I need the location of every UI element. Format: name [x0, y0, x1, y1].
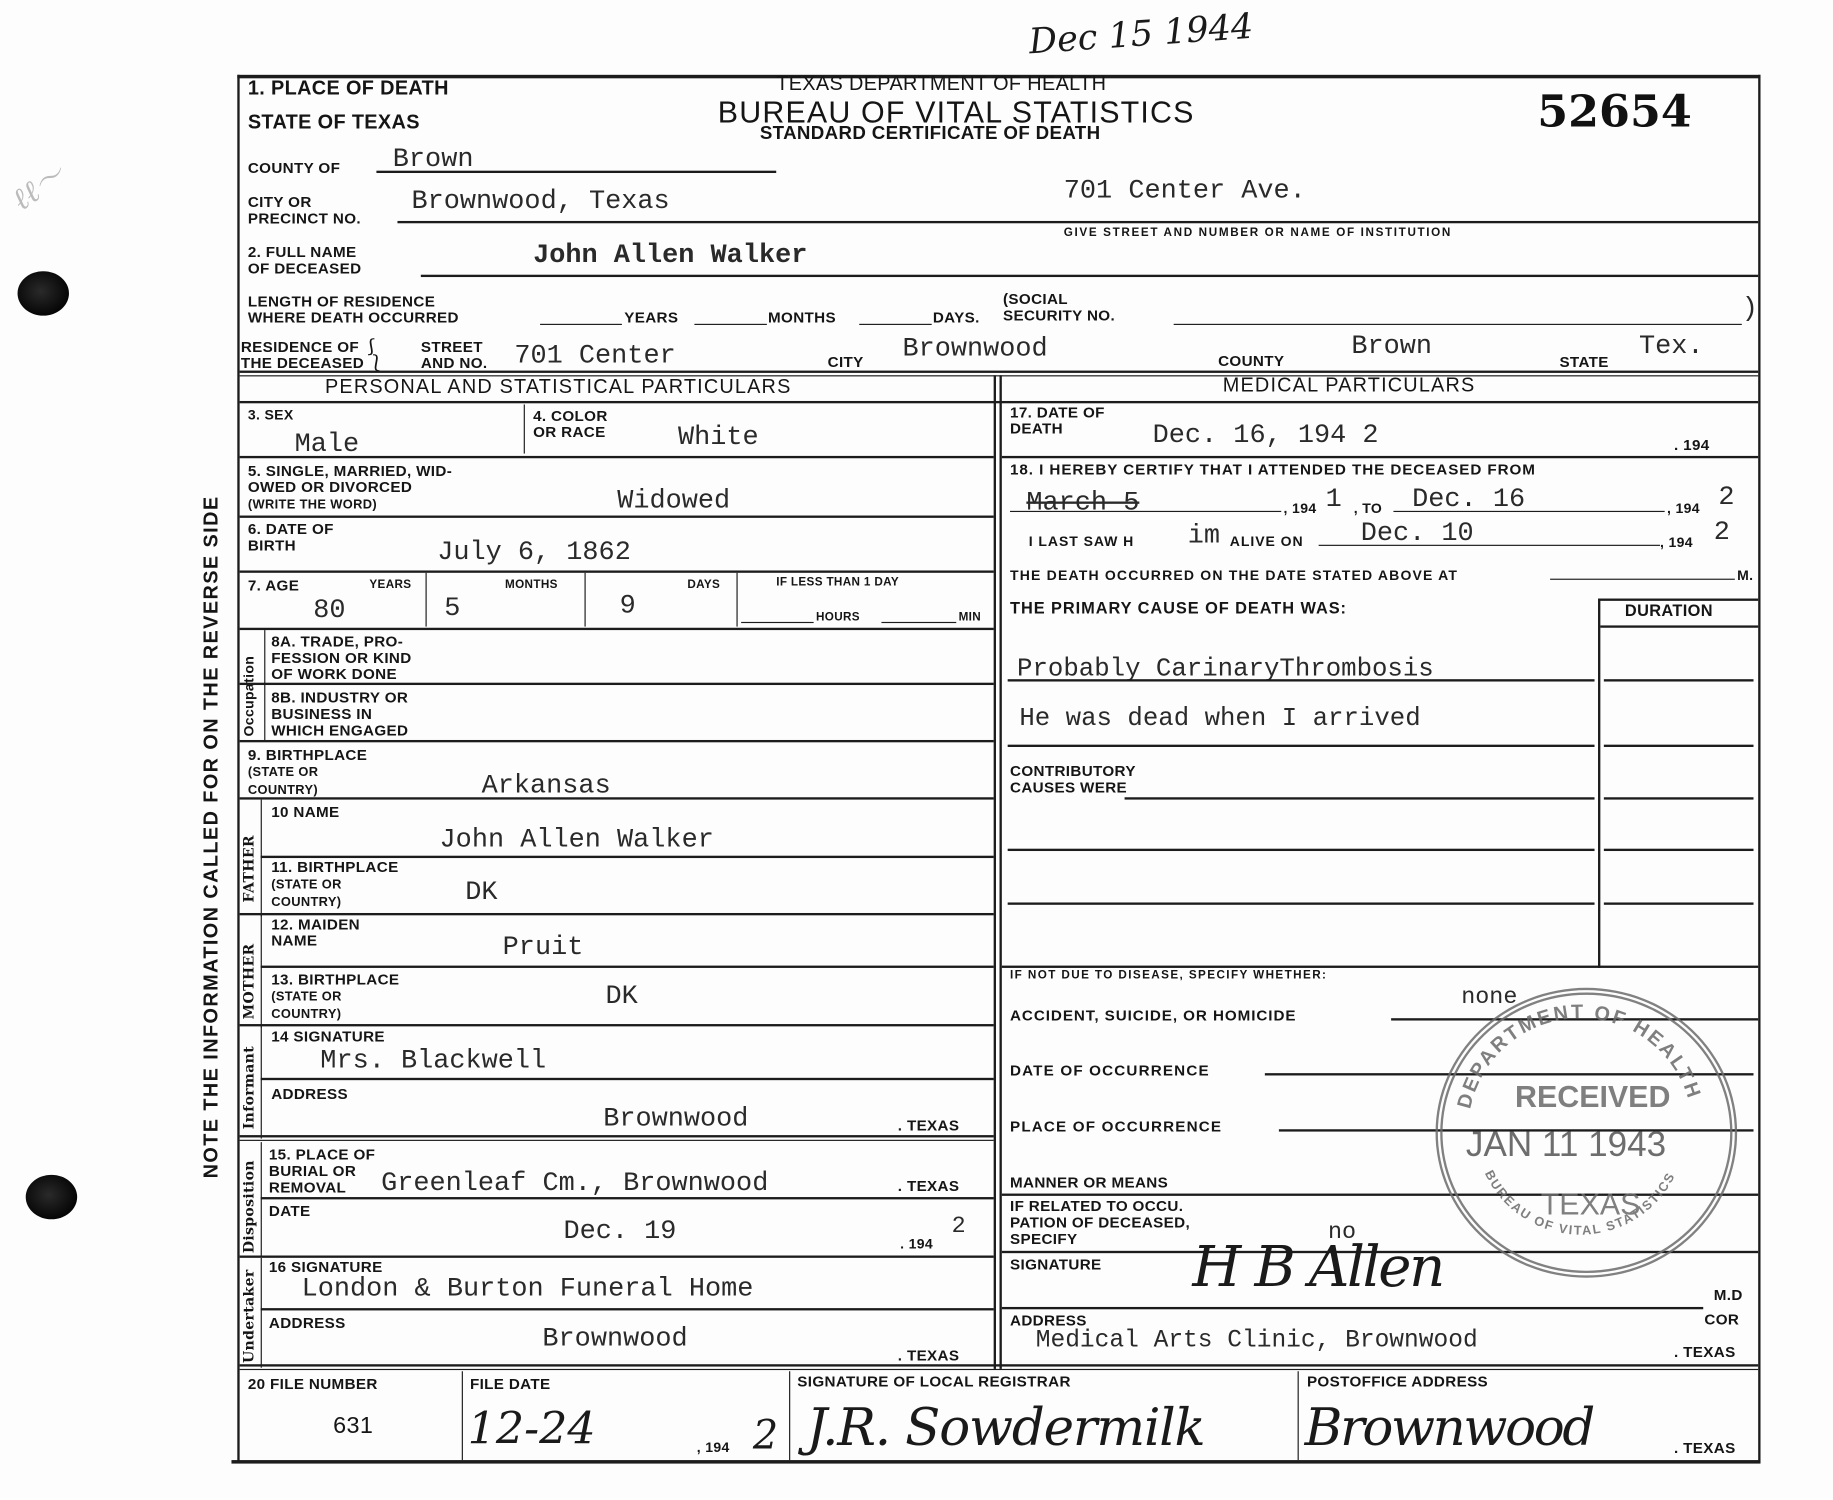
- residence-state-label: STATE: [1559, 354, 1608, 370]
- burial-place-value: Greenleaf Cm., Brownwood: [381, 1169, 768, 1197]
- age-label: 7. AGE: [248, 577, 299, 593]
- occurrence-date-label: DATE OF OCCURRENCE: [1010, 1063, 1210, 1078]
- residence-state-value: Tex.: [1639, 332, 1704, 360]
- burial-label: 15. PLACE OFBURIAL ORREMOVAL: [269, 1147, 375, 1196]
- row-line-14b: [240, 1135, 994, 1137]
- ssn-close: ): [1742, 295, 1758, 323]
- row-line-6: [240, 570, 994, 572]
- duration-line-5: [1604, 902, 1754, 904]
- margin-scribble: ℓℓ〜: [2, 152, 72, 219]
- age-years-label: YEARS: [369, 579, 411, 592]
- sex-value: Male: [295, 430, 360, 458]
- undertaker-texas: . TEXAS: [898, 1348, 960, 1363]
- file-year-prefix: , 194: [697, 1440, 730, 1455]
- duration-divider: [1598, 599, 1600, 968]
- residence-street-value: 701 Center: [514, 341, 675, 369]
- father-name-label: 10 NAME: [271, 804, 339, 819]
- age-days-label: DAYS: [687, 579, 720, 592]
- cause-line-3: [1125, 797, 1595, 799]
- father-birthplace-value: DK: [465, 878, 497, 906]
- residence-county-value: Brown: [1351, 332, 1432, 360]
- footer-divider-2: [789, 1371, 790, 1460]
- burial-year-digit: 2: [952, 1213, 966, 1241]
- marital-label: 5. SINGLE, MARRIED, WID-OWED OR DIVORCED…: [248, 463, 452, 513]
- postoffice-label: POSTOFFICE ADDRESS: [1307, 1374, 1488, 1389]
- physician-signature: H B Allen: [1192, 1234, 1443, 1299]
- file-number-value: 631: [333, 1419, 373, 1434]
- row-line-13: [240, 1024, 994, 1026]
- undertaker-address-value: Brownwood: [542, 1324, 687, 1352]
- mother-birthplace-label: 13. BIRTHPLACE(STATE ORCOUNTRY): [271, 971, 399, 1022]
- days-line: [859, 324, 931, 325]
- sex-label: 3. SEX: [248, 408, 294, 423]
- med-line-causes-end: [1002, 966, 1758, 968]
- row-line-8a: [240, 683, 994, 685]
- state-of-texas-label: STATE OF TEXAS: [248, 112, 420, 133]
- color-label: 4. COLOROR RACE: [533, 408, 608, 441]
- last-saw-date: Dec. 10: [1361, 519, 1474, 547]
- informant-sig-label: 14 SIGNATURE: [271, 1029, 385, 1044]
- ssn-label: (SOCIALSECURITY NO.: [1003, 291, 1115, 324]
- county-line: [376, 171, 776, 173]
- file-year-digit: 2: [753, 1412, 778, 1459]
- footer-line-1: [240, 1364, 1759, 1366]
- undertaker-address-label: ADDRESS: [269, 1315, 346, 1330]
- residence-city-label: CITY: [828, 354, 864, 370]
- to-year-digit: 2: [1718, 483, 1734, 511]
- row-line-8b: [240, 740, 994, 742]
- stamp-received: RECEIVED: [1515, 1079, 1670, 1115]
- occupation-related-label: IF RELATED TO OCCU.PATION OF DECEASED,SP…: [1010, 1198, 1190, 1247]
- mother-maiden-value: Pruit: [503, 933, 584, 961]
- death-time-line: [1550, 579, 1735, 580]
- informant-address-value: Brownwood: [603, 1105, 748, 1133]
- city-value: Brownwood, Texas: [411, 187, 669, 215]
- residence-city-value: Brownwood: [902, 334, 1047, 362]
- last-saw-year-prefix: , 194: [1660, 535, 1693, 550]
- signature-label: SIGNATURE: [1010, 1257, 1102, 1272]
- min-label: MIN: [959, 611, 981, 624]
- age-years-value: 80: [313, 596, 345, 624]
- street-value: 701 Center Ave.: [1064, 177, 1306, 205]
- birthplace-label: 9. BIRTHPLACE(STATE ORCOUNTRY): [248, 747, 367, 798]
- center-divider-2: [999, 375, 1001, 1369]
- informant-value: Mrs. Blackwell: [320, 1046, 546, 1074]
- years-label: YEARS: [624, 310, 678, 326]
- marital-value: Widowed: [617, 486, 730, 514]
- dob-value: July 6, 1862: [437, 538, 631, 566]
- county-label: COUNTY OF: [248, 160, 340, 175]
- months-label: MONTHS: [768, 310, 836, 326]
- side-note: NOTE THE INFORMATION CALLED FOR ON THE R…: [203, 496, 218, 1179]
- binder-hole-top: [18, 271, 69, 315]
- undertaker-group-label: Undertaker: [242, 1269, 257, 1363]
- attended-to-value: Dec. 16: [1412, 485, 1525, 513]
- min-line: [881, 622, 956, 623]
- father-birthplace-label: 11. BIRTHPLACE(STATE ORCOUNTRY): [271, 859, 398, 910]
- frame-bottom: [231, 1460, 1760, 1464]
- not-disease-label: IF NOT DUE TO DISEASE, SPECIFY WHETHER:: [1010, 969, 1327, 982]
- last-saw-pronoun: im: [1188, 521, 1220, 549]
- footer-divider-1: [462, 1371, 463, 1460]
- age-days-value: 9: [620, 592, 636, 620]
- father-name-value: John Allen Walker: [440, 825, 714, 853]
- county-value: Brown: [393, 145, 474, 173]
- age-divider-1: [426, 573, 427, 627]
- burial-date-label: DATE: [269, 1203, 311, 1218]
- registrar-label: SIGNATURE OF LOCAL REGISTRAR: [797, 1374, 1071, 1389]
- trade-label: 8A. TRADE, PRO-FESSION OR KINDOF WORK DO…: [271, 634, 411, 683]
- registrar-signature: J.R. Sowdermilk: [807, 1398, 1205, 1458]
- primary-cause-label: THE PRIMARY CAUSE OF DEATH WAS:: [1010, 601, 1347, 616]
- row-line-16: [261, 1308, 994, 1310]
- personal-section-title: PERSONAL AND STATISTICAL PARTICULARS: [325, 379, 792, 394]
- row-line-7: [240, 628, 994, 630]
- full-name-label: 2. FULL NAMEOF DECEASED: [248, 244, 362, 277]
- informant-texas: . TEXAS: [898, 1118, 960, 1133]
- department-title: TEXAS DEPARTMENT OF HEALTH: [776, 76, 1106, 91]
- industry-label: 8B. INDUSTRY ORBUSINESS INWHICH ENGAGED: [271, 690, 408, 739]
- undertaker-value: London & Burton Funeral Home: [302, 1274, 754, 1302]
- duration-line-2: [1604, 745, 1754, 747]
- alive-on-label: ALIVE ON: [1230, 534, 1304, 549]
- frame-right: [1758, 75, 1760, 1463]
- less-than-day-label: IF LESS THAN 1 DAY: [776, 576, 899, 589]
- physician-address-label: ADDRESS: [1010, 1313, 1087, 1328]
- residence-street-label: STREETAND NO.: [421, 339, 488, 372]
- ssn-line: [1174, 324, 1742, 325]
- handwritten-date: Dec 15 1944: [1028, 6, 1255, 62]
- cor-label: COR: [1704, 1312, 1739, 1327]
- attended-from-value: March 5: [1026, 489, 1139, 517]
- duration-label: DURATION: [1625, 603, 1713, 618]
- birthplace-value: Arkansas: [482, 772, 611, 800]
- years-line: [540, 324, 622, 325]
- footer-divider-3: [1298, 1371, 1299, 1460]
- postoffice-value: Brownwood: [1305, 1398, 1593, 1458]
- street-caption: GIVE STREET AND NUMBER OR NAME OF INSTIT…: [1064, 227, 1452, 240]
- cause-line-2: [1008, 745, 1595, 747]
- death-time-label: THE DEATH OCCURRED ON THE DATE STATED AB…: [1010, 568, 1458, 583]
- footer-line-2: [240, 1369, 1759, 1370]
- occurrence-place-label: PLACE OF OCCURRENCE: [1010, 1119, 1222, 1134]
- cause-line-4: [1008, 849, 1595, 851]
- primary-cause-2: He was dead when I arrived: [1019, 705, 1420, 733]
- from-line: [1010, 511, 1281, 512]
- name-line: [421, 275, 1758, 277]
- received-stamp: DEPARTMENT OF HEALTH BUREAU OF VITAL STA…: [1436, 988, 1738, 1278]
- residence-county-label: COUNTY: [1218, 353, 1284, 369]
- to-label: , TO: [1354, 502, 1382, 517]
- cause-line-1: [1008, 679, 1595, 681]
- burial-year-prefix: . 194: [900, 1237, 933, 1252]
- hours-label: HOURS: [816, 611, 860, 624]
- file-date-label: FILE DATE: [470, 1376, 551, 1391]
- undertaker-sig-label: 16 SIGNATURE: [269, 1259, 383, 1274]
- death-certificate: ℓℓ〜 NOTE THE INFORMATION CALLED FOR ON T…: [0, 0, 1833, 1500]
- stamp-state: TEXAS: [1541, 1187, 1641, 1223]
- full-name-value: John Allen Walker: [533, 241, 807, 269]
- days-label: DAYS.: [933, 310, 980, 326]
- dob-label: 6. DATE OFBIRTH: [248, 521, 334, 554]
- duration-header-line: [1600, 625, 1758, 627]
- postoffice-texas: . TEXAS: [1674, 1440, 1736, 1455]
- age-divider-2: [585, 573, 586, 627]
- hours-line: [741, 622, 813, 623]
- form-title: STANDARD CERTIFICATE OF DEATH: [760, 126, 1101, 141]
- duration-line-4: [1604, 849, 1754, 851]
- age-months-label: MONTHS: [505, 579, 558, 592]
- dod-label: 17. DATE OFDEATH: [1010, 404, 1105, 437]
- signature-line: [1002, 1307, 1703, 1309]
- informant-address-label: ADDRESS: [271, 1086, 348, 1101]
- months-line: [694, 324, 766, 325]
- frame-left: [237, 75, 239, 1463]
- stamp-date: JAN 11 1943: [1466, 1126, 1666, 1166]
- residence-label: RESIDENCE OF ⎰THE DECEASED ⎱: [241, 339, 384, 372]
- dod-year-suffix: . 194: [1674, 437, 1710, 453]
- contributory-label: CONTRIBUTORYCAUSES WERE: [1010, 763, 1136, 796]
- file-number-label: 20 FILE NUMBER: [248, 1376, 378, 1391]
- undertaker-group-line: [261, 1258, 262, 1368]
- burial-texas: . TEXAS: [898, 1178, 960, 1193]
- duration-line-3: [1604, 797, 1754, 799]
- color-value: White: [678, 423, 759, 451]
- age-divider-3: [736, 573, 737, 627]
- certificate-number: 52654: [1537, 84, 1692, 137]
- sex-color-divider: [524, 404, 525, 453]
- row-line-14c: [240, 1140, 994, 1141]
- row-line-5: [240, 516, 994, 518]
- length-residence-label: LENGTH OF RESIDENCEWHERE DEATH OCCURRED: [248, 293, 459, 326]
- medical-section-title: MEDICAL PARTICULARS: [1223, 378, 1476, 393]
- row-line-12: [261, 966, 994, 968]
- physician-texas: . TEXAS: [1674, 1344, 1736, 1359]
- file-date-value: 12-24: [468, 1403, 596, 1454]
- death-time-suffix: M.: [1737, 568, 1753, 583]
- last-saw-year-digit: 2: [1714, 518, 1730, 546]
- physician-address-value: Medical Arts Clinic, Brownwood: [1036, 1328, 1478, 1356]
- residence-line-1: [240, 371, 1759, 373]
- informant-group-line: [261, 1026, 262, 1138]
- age-months-value: 5: [444, 594, 460, 622]
- informant-group-label: Informant: [242, 1046, 257, 1129]
- row-line-3: [240, 456, 994, 458]
- med-line-17: [1002, 456, 1758, 458]
- burial-date-value: Dec. 19: [563, 1217, 676, 1245]
- cause-line-5: [1008, 902, 1595, 904]
- binder-hole-bottom: [26, 1175, 77, 1219]
- from-year-digit: 1: [1326, 485, 1342, 513]
- occupation-group-label: Occupation: [242, 656, 257, 737]
- place-of-death-label: 1. PLACE OF DEATH: [248, 78, 449, 99]
- city-line: [397, 221, 1758, 223]
- city-label: CITY ORPRECINCT NO.: [248, 194, 361, 227]
- mother-birthplace-value: DK: [606, 982, 638, 1010]
- row-line-14: [261, 1078, 994, 1080]
- mother-maiden-label: 12. MAIDENNAME: [271, 916, 360, 949]
- mother-group-line: [261, 915, 262, 1027]
- dod-value: Dec. 16, 194 2: [1153, 421, 1379, 449]
- center-divider-1: [994, 375, 996, 1369]
- mother-group-label: MOTHER: [242, 943, 257, 1019]
- duration-line-1: [1604, 679, 1754, 681]
- last-saw-label: I LAST SAW H: [1029, 534, 1135, 549]
- father-group-label: FATHER: [242, 835, 257, 902]
- from-year-prefix: , 194: [1284, 502, 1317, 517]
- accident-label: ACCIDENT, SUICIDE, OR HOMICIDE: [1010, 1008, 1296, 1023]
- certify-label: 18. I HEREBY CERTIFY THAT I ATTENDED THE…: [1010, 462, 1536, 477]
- manner-label: MANNER OR MEANS: [1010, 1175, 1168, 1190]
- disposition-group-label: Disposition: [242, 1160, 257, 1253]
- row-line-9: [240, 797, 994, 799]
- md-label: M.D: [1714, 1287, 1743, 1302]
- row-line-15: [261, 1197, 994, 1199]
- to-year-prefix: , 194: [1667, 502, 1700, 517]
